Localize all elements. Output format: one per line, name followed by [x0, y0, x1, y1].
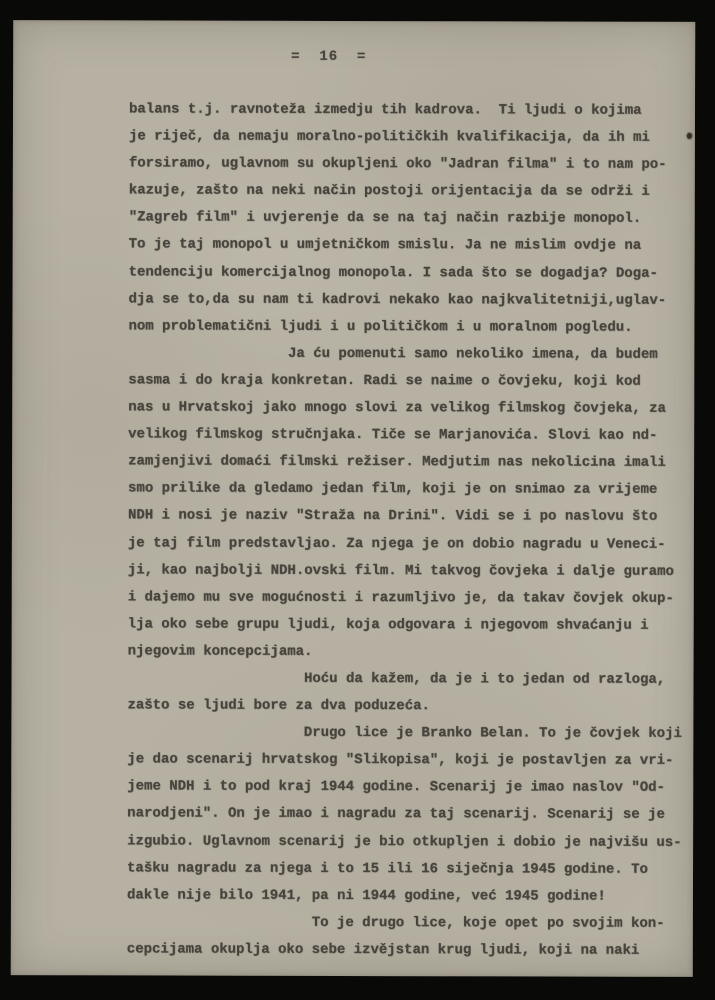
text-line: Hoću da kažem, da je i to jedan od razlo…	[127, 665, 687, 694]
text-line: i dajemo mu sve mogućnosti i razumljivo …	[128, 584, 688, 613]
text-line: smo prilike da gledamo jedan film, koji …	[128, 476, 688, 505]
text-line: kazuje, zašto na neki način postoji orij…	[129, 178, 689, 207]
text-line: zašto se ljudi bore za dva poduzeća.	[127, 692, 687, 721]
text-line: To je taj monopol u umjetničkom smislu. …	[129, 232, 689, 261]
text-line: njegovim koncepcijama.	[128, 638, 688, 667]
text-line: dakle nije bilo 1941, pa ni 1944 godine,…	[127, 882, 687, 911]
text-line: velikog filmskog stručnjaka. Tiče se Mar…	[128, 422, 688, 451]
text-line: tendenciju komercijalnog monopola. I sad…	[129, 259, 689, 288]
text-line: izgubio. Uglavnom scenarij je bio otkupl…	[127, 828, 687, 857]
text-line: lja oko sebe grupu ljudi, koja odgovara …	[128, 611, 688, 640]
page-number-header: = 16 =	[291, 49, 366, 65]
text-line: narodjeni". On je imao i nagradu za taj …	[127, 801, 687, 830]
text-line: NDH i nosi je naziv "Straža na Drini". V…	[128, 503, 688, 532]
text-line: zamjenjivi domaći filmski režiser. Medju…	[128, 449, 688, 478]
text-line: je dao scenarij hrvatskog "Slikopisa", k…	[127, 747, 687, 776]
text-line: je riječ, da nemaju moralno-političkih k…	[129, 124, 689, 153]
text-line: je taj film predstavljao. Za njega je on…	[128, 530, 688, 559]
text-line: "Zagreb film" i uvjerenje da se na taj n…	[129, 205, 689, 234]
text-line: nom problematični ljudi i u političkom i…	[128, 313, 688, 342]
text-line: sasma i do kraja konkretan. Radi se naim…	[128, 367, 688, 396]
text-line: cepcijama okuplja oko sebe izvějstan kru…	[127, 936, 687, 965]
text-line: nas u Hrvatskoj jako mnogo slovi za veli…	[128, 394, 688, 423]
text-line: ji, kao najbolji NDH.ovski film. Mi takv…	[128, 557, 688, 586]
text-line: balans t.j. ravnoteža izmedju tih kadrov…	[129, 96, 689, 125]
text-line: jeme NDH i to pod kraj 1944 godine. Scen…	[127, 774, 687, 803]
ink-smudge-mark	[687, 133, 692, 139]
text-line: Drugo lice je Branko Belan. To je čovjek…	[127, 720, 687, 749]
scanned-document: = 16 = balans t.j. ravnoteža izmedju tih…	[0, 0, 715, 1000]
text-line: forsiramo, uglavnom su okupljeni oko "Ja…	[129, 151, 689, 180]
text-line: Ja ću pomenuti samo nekoliko imena, da b…	[128, 340, 688, 369]
text-line: dja se to,da su nam ti kadrovi nekako ka…	[128, 286, 688, 315]
text-line: To je drugo lice, koje opet po svojim ko…	[127, 909, 687, 938]
paper-sheet: = 16 = balans t.j. ravnoteža izmedju tih…	[11, 20, 695, 977]
typed-text-body: balans t.j. ravnoteža izmedju tih kadrov…	[127, 96, 689, 964]
text-line: tašku nagradu za njega i to 15 ili 16 si…	[127, 855, 687, 884]
